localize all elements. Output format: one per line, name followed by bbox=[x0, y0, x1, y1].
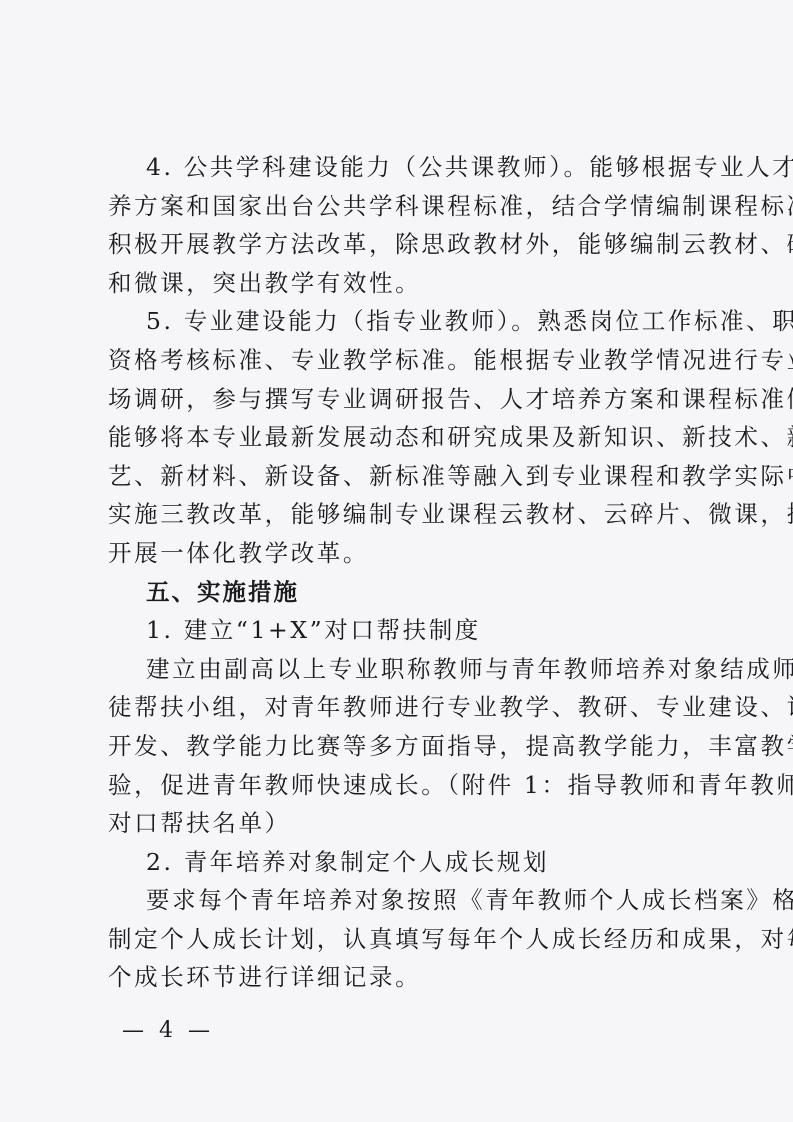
paragraph-item-5-line-3: 场调研，参与撰写专业调研报告、人才培养方案和课程标准修订， bbox=[108, 380, 708, 419]
paragraph-item-5-line-6: 实施三教改革，能够编制专业课程云教材、云碎片、微课，探索 bbox=[108, 495, 708, 534]
section-heading-implementation: 五、实施措施 bbox=[108, 573, 708, 612]
measure-1-body-line-5: 对口帮扶名单） bbox=[108, 804, 708, 843]
measure-2-body-line-1: 要求每个青年培养对象按照《青年教师个人成长档案》格式， bbox=[108, 881, 708, 920]
paragraph-item-4-line-4: 和微课，突出教学有效性。 bbox=[108, 264, 708, 303]
paragraph-item-5-line-1: 5. 专业建设能力（指专业教师）。熟悉岗位工作标准、职业 bbox=[108, 302, 708, 341]
paragraph-item-4-line-3: 积极开展教学方法改革，除思政教材外，能够编制云教材、碎片 bbox=[108, 225, 708, 264]
measure-2-body-line-3: 个成长环节进行详细记录。 bbox=[108, 958, 708, 997]
page-number: — 4 — bbox=[122, 1018, 214, 1043]
measure-1-body-line-1: 建立由副高以上专业职称教师与青年教师培养对象结成师 bbox=[108, 650, 708, 689]
measure-1-title: 1. 建立“1+X”对口帮扶制度 bbox=[108, 611, 708, 650]
measure-1-body-line-4: 验，促进青年教师快速成长。（附件 1：指导教师和青年教师“1+X” bbox=[108, 766, 708, 805]
paragraph-item-4-line-1: 4. 公共学科建设能力（公共课教师）。能够根据专业人才培 bbox=[108, 148, 708, 187]
measure-2-title: 2. 青年培养对象制定个人成长规划 bbox=[108, 843, 708, 882]
paragraph-item-5-line-5: 艺、新材料、新设备、新标准等融入到专业课程和教学实际中， bbox=[108, 457, 708, 496]
measure-2-body-line-2: 制定个人成长计划，认真填写每年个人成长经历和成果，对每一 bbox=[108, 920, 708, 959]
measure-1-body-line-2: 徒帮扶小组，对青年教师进行专业教学、教研、专业建设、课程 bbox=[108, 688, 708, 727]
paragraph-item-5-line-7: 开展一体化教学改革。 bbox=[108, 534, 708, 573]
paragraph-item-5-line-2: 资格考核标准、专业教学标准。能根据专业教学情况进行专业市 bbox=[108, 341, 708, 380]
measure-1-body-line-3: 开发、教学能力比赛等多方面指导，提高教学能力，丰富教学经 bbox=[108, 727, 708, 766]
document-body: 4. 公共学科建设能力（公共课教师）。能够根据专业人才培 养方案和国家出台公共学… bbox=[108, 148, 708, 997]
paragraph-item-4-line-2: 养方案和国家出台公共学科课程标准，结合学情编制课程标准； bbox=[108, 187, 708, 226]
paragraph-item-5-line-4: 能够将本专业最新发展动态和研究成果及新知识、新技术、新工 bbox=[108, 418, 708, 457]
